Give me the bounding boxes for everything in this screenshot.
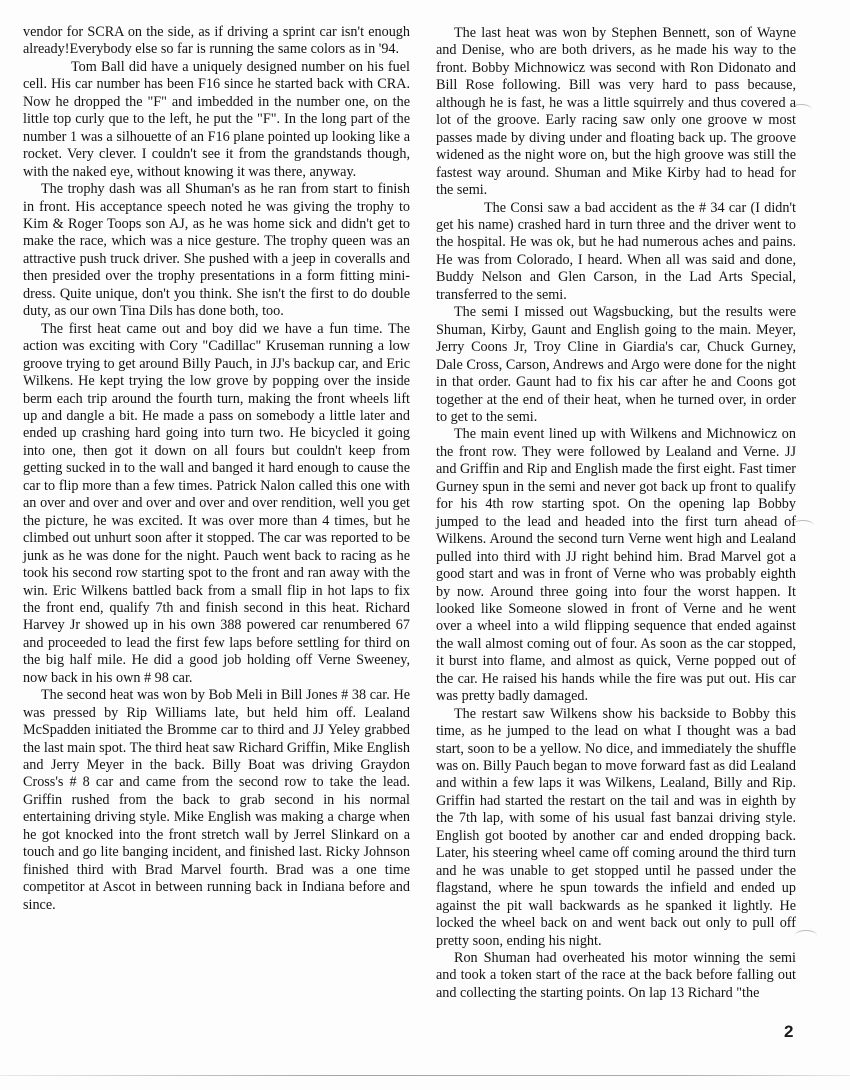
- scan-artifact: [790, 104, 812, 115]
- scan-artifact: [792, 520, 814, 531]
- paragraph: The first heat came out and boy did we h…: [23, 321, 410, 688]
- page-number: 2: [784, 1022, 793, 1042]
- paragraph: Ron Shuman had overheated his motor winn…: [436, 950, 796, 1002]
- paragraph: The last heat was won by Stephen Bennett…: [436, 25, 796, 200]
- paragraph: vendor for SCRA on the side, as if drivi…: [23, 24, 410, 59]
- paragraph: The second heat was won by Bob Meli in B…: [23, 687, 410, 914]
- paragraph: Tom Ball did have a uniquely designed nu…: [23, 59, 410, 181]
- paragraph: The Consi saw a bad accident as the # 34…: [436, 200, 796, 305]
- scan-artifact: [795, 930, 817, 941]
- left-text-column: vendor for SCRA on the side, as if drivi…: [23, 24, 410, 914]
- document-page: vendor for SCRA on the side, as if drivi…: [0, 0, 850, 1090]
- right-text-column: The last heat was won by Stephen Bennett…: [436, 25, 796, 1002]
- paragraph: The trophy dash was all Shuman's as he r…: [23, 181, 410, 321]
- paragraph: The main event lined up with Wilkens and…: [436, 426, 796, 705]
- paragraph: The restart saw Wilkens show his backsid…: [436, 706, 796, 950]
- page-bottom-edge: [0, 1075, 850, 1076]
- paragraph: The semi I missed out Wagsbucking, but t…: [436, 304, 796, 426]
